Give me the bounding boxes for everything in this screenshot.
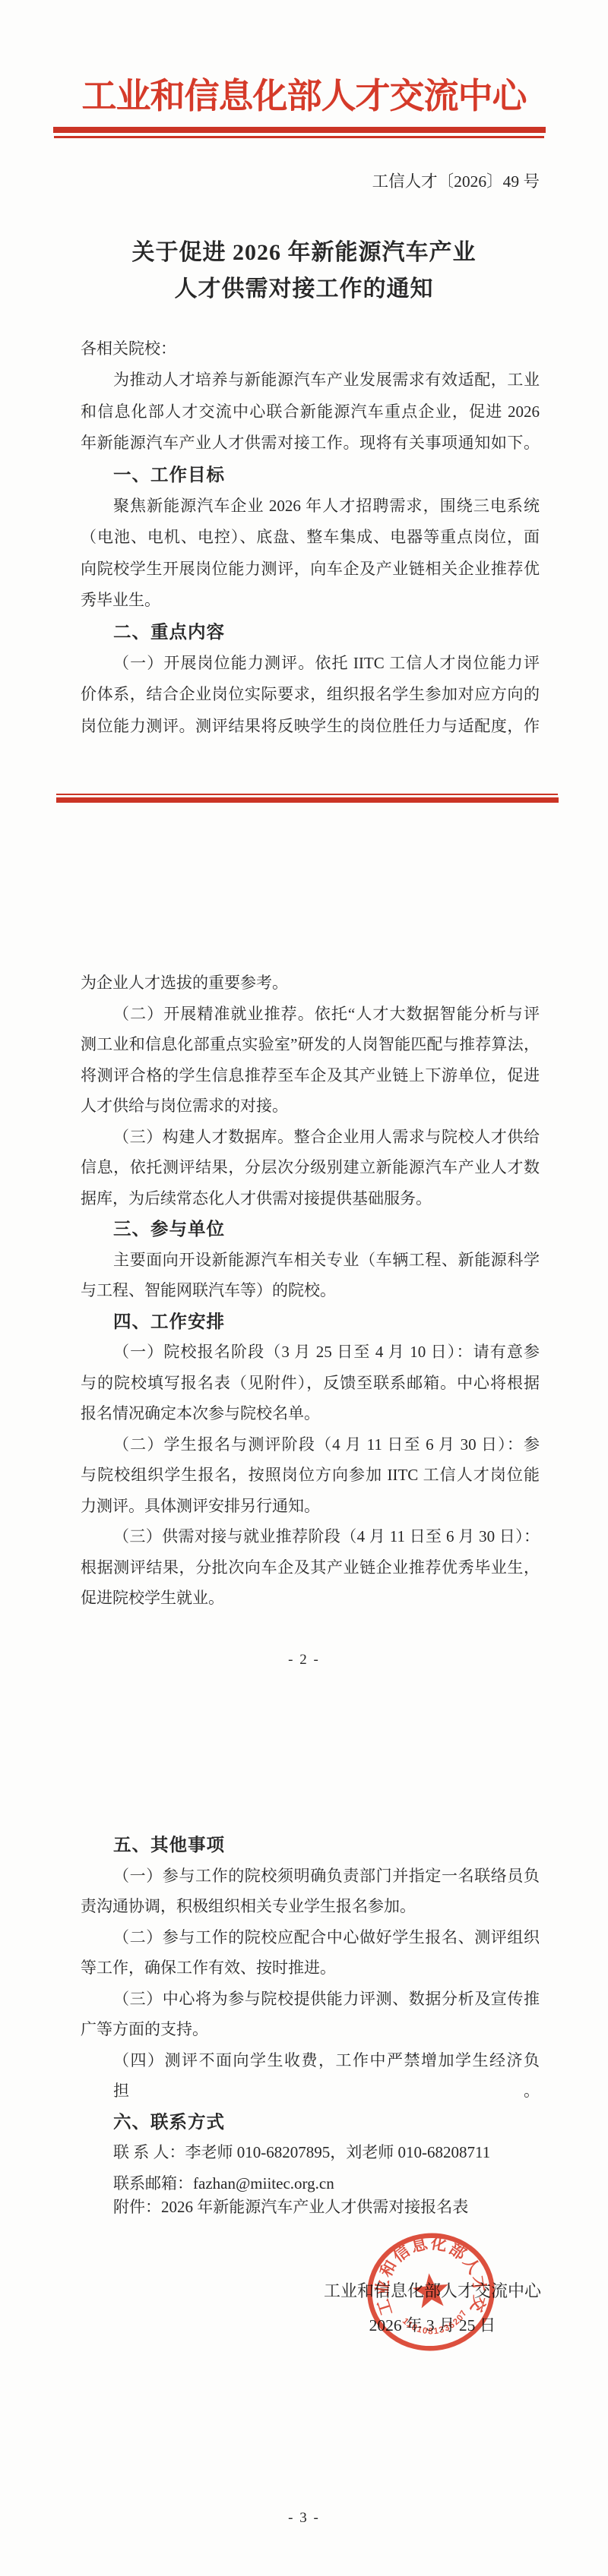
body-line: 促进院校学生就业。 <box>81 1583 540 1614</box>
section-heading-3: 三、参与单位 <box>81 1214 540 1245</box>
seal-serial-number: 1101081336207 <box>400 2307 472 2339</box>
section-heading-4: 四、工作安排 <box>81 1306 540 1337</box>
page-divider-rule-thick <box>56 797 559 803</box>
page-divider-rule-thin <box>56 794 558 795</box>
svg-text:1101081336207: 1101081336207 <box>400 2307 472 2339</box>
document-title-line2: 人才供需对接工作的通知 <box>0 270 608 303</box>
letterhead-rule-thin <box>54 136 544 138</box>
body-line: （一）开展岗位能力测评。依托 IITC 工信人才岗位能力评 <box>81 648 540 679</box>
attachment-line: 附件：2026 年新能源汽车产业人才供需对接报名表 <box>113 2195 468 2218</box>
body-line: 和信息化部人才交流中心联合新能源汽车重点企业，促进 2026 <box>81 396 540 428</box>
scanned-document-page: 工业和信息化部人才交流中心 工信人才〔2026〕49 号 关于促进 2026 年… <box>0 0 608 2576</box>
body-page3: 五、其他事项 （一）参与工作的院校须明确负责部门并指定一名联络员负 责沟通协调，… <box>81 1829 540 2199</box>
body-line: 向院校学生开展岗位能力测评，向车企及产业链相关企业推荐优 <box>81 554 540 585</box>
contact-email-line: 联系邮箱：fazhan@miitec.org.cn <box>81 2168 540 2199</box>
body-line: 与的院校填写报名表（见附件），反馈至联系邮箱。中心将根据 <box>81 1368 540 1399</box>
body-line: 聚焦新能源汽车企业 2026 年人才招聘需求，围绕三电系统 <box>81 491 540 522</box>
page-number-2: - 2 - <box>0 1652 608 1668</box>
body-line: （三）供需对接与就业推荐阶段（4 月 11 日至 6 月 30 日）： <box>81 1521 540 1552</box>
body-line: （四）测评不面向学生收费，工作中严禁增加学生经济负担。 <box>81 2045 540 2107</box>
body-page1: 各相关院校： 为推动人才培养与新能源汽车产业发展需求有效适配，工业 和信息化部人… <box>81 333 540 742</box>
body-line: 责沟通协调，积极组织相关专业学生报名参加。 <box>81 1891 540 1922</box>
body-line: 据库，为后续常态化人才供需对接提供基础服务。 <box>81 1183 540 1214</box>
body-page2: 为企业人才选拔的重要参考。 （二）开展精准就业推荐。依托“人才大数据智能分析与评… <box>81 968 540 1614</box>
document-number: 工信人才〔2026〕49 号 <box>372 169 540 192</box>
body-line: 广等方面的支持。 <box>81 2014 540 2045</box>
body-line: 测工业和信息化部重点实验室”研发的人岗智能匹配与推荐算法， <box>81 1029 540 1060</box>
body-line: 为推动人才培养与新能源汽车产业发展需求有效适配，工业 <box>81 365 540 396</box>
letterhead-rule-thick <box>53 127 546 133</box>
body-line: 根据测评结果，分批次向车企及其产业链企业推荐优秀毕业生， <box>81 1552 540 1583</box>
contact-person-line: 联 系 人：李老师 010-68207895，刘老师 010-68208711 <box>81 2137 540 2168</box>
body-line: 为企业人才选拔的重要参考。 <box>81 968 540 999</box>
salutation: 各相关院校： <box>81 333 540 365</box>
official-seal: 工业和信息化部人才交流中心 1101081336207 <box>353 2219 508 2365</box>
body-line: 等工作，确保工作有效、按时推进。 <box>81 1953 540 1984</box>
body-line: （电池、电机、电控）、底盘、整车集成、电器等重点岗位，面 <box>81 522 540 553</box>
body-line: 人才供给与岗位需求的对接。 <box>81 1091 540 1122</box>
document-title-line1: 关于促进 2026 年新能源汽车产业 <box>0 233 608 267</box>
body-line: 将测评合格的学生信息推荐至车企及其产业链上下游单位，促进 <box>81 1060 540 1091</box>
body-line: （二）学生报名与测评阶段（4 月 11 日至 6 月 30 日）：参 <box>81 1429 540 1460</box>
body-line: （一）院校报名阶段（3 月 25 日至 4 月 10 日）：请有意参 <box>81 1337 540 1368</box>
letterhead-org-title: 工业和信息化部人才交流中心 <box>0 77 608 116</box>
body-line: 与工程、智能网联汽车等）的院校。 <box>81 1275 540 1306</box>
body-line: （二）参与工作的院校应配合中心做好学生报名、测评组织 <box>81 1922 540 1953</box>
body-line: 年新能源汽车产业人才供需对接工作。现将有关事项通知如下。 <box>81 428 540 459</box>
body-line: （三）构建人才数据库。整合企业用人需求与院校人才供给 <box>81 1122 540 1153</box>
body-line: 主要面向开设新能源汽车相关专业（车辆工程、新能源科学 <box>81 1245 540 1276</box>
section-heading-6: 六、联系方式 <box>81 2107 540 2138</box>
body-line: 与院校组织学生报名，按照岗位方向参加 IITC 工信人才岗位能 <box>81 1460 540 1491</box>
body-line: 力测评。具体测评安排另行通知。 <box>81 1491 540 1522</box>
body-line: 报名情况确定本次参与院校名单。 <box>81 1398 540 1429</box>
body-line: （一）参与工作的院校须明确负责部门并指定一名联络员负 <box>81 1861 540 1892</box>
body-line: 岗位能力测评。测评结果将反映学生的岗位胜任力与适配度，作 <box>81 711 540 742</box>
seal-star-icon <box>411 2271 450 2309</box>
body-line: （三）中心将为参与院校提供能力评测、数据分析及宣传推 <box>81 1984 540 2015</box>
section-heading-5: 五、其他事项 <box>81 1829 540 1861</box>
body-line: 秀毕业生。 <box>81 585 540 616</box>
body-line: （二）开展精准就业推荐。依托“人才大数据智能分析与评 <box>81 999 540 1030</box>
body-line: 信息，依托测评结果，分层次分级别建立新能源汽车产业人才数 <box>81 1152 540 1183</box>
section-heading-2: 二、重点内容 <box>81 617 540 648</box>
section-heading-1: 一、工作目标 <box>81 459 540 491</box>
page-number-3: - 3 - <box>0 2510 608 2527</box>
body-line: 价体系，结合企业岗位实际要求，组织报名学生参加对应方向的 <box>81 679 540 710</box>
